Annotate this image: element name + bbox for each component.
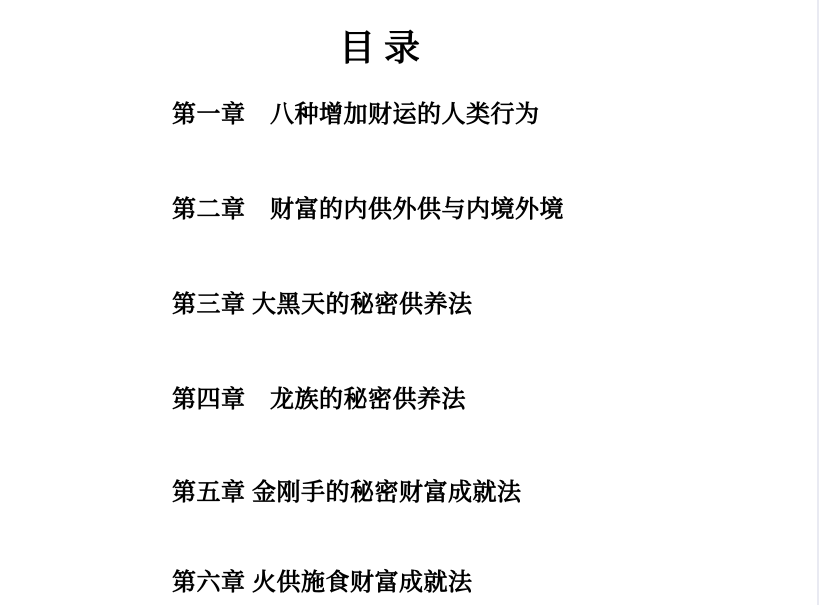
toc-entry-chapter-5: 第五章 金刚手的秘密财富成就法 [172, 480, 522, 506]
toc-entry-chapter-1: 第一章 八种增加财运的人类行为 [172, 102, 540, 128]
toc-title: 目 录 [339, 27, 420, 69]
toc-entry-chapter-6: 第六章 火供施食财富成就法 [172, 570, 473, 596]
toc-entry-chapter-4: 第四章 龙族的秘密供养法 [172, 387, 466, 413]
page-edge-divider [817, 0, 819, 605]
document-page: 目 录 第一章 八种增加财运的人类行为 第二章 财富的内供外供与内境外境 第三章… [0, 0, 825, 605]
toc-entry-chapter-3: 第三章 大黑天的秘密供养法 [172, 292, 473, 318]
toc-entry-chapter-2: 第二章 财富的内供外供与内境外境 [172, 197, 564, 223]
